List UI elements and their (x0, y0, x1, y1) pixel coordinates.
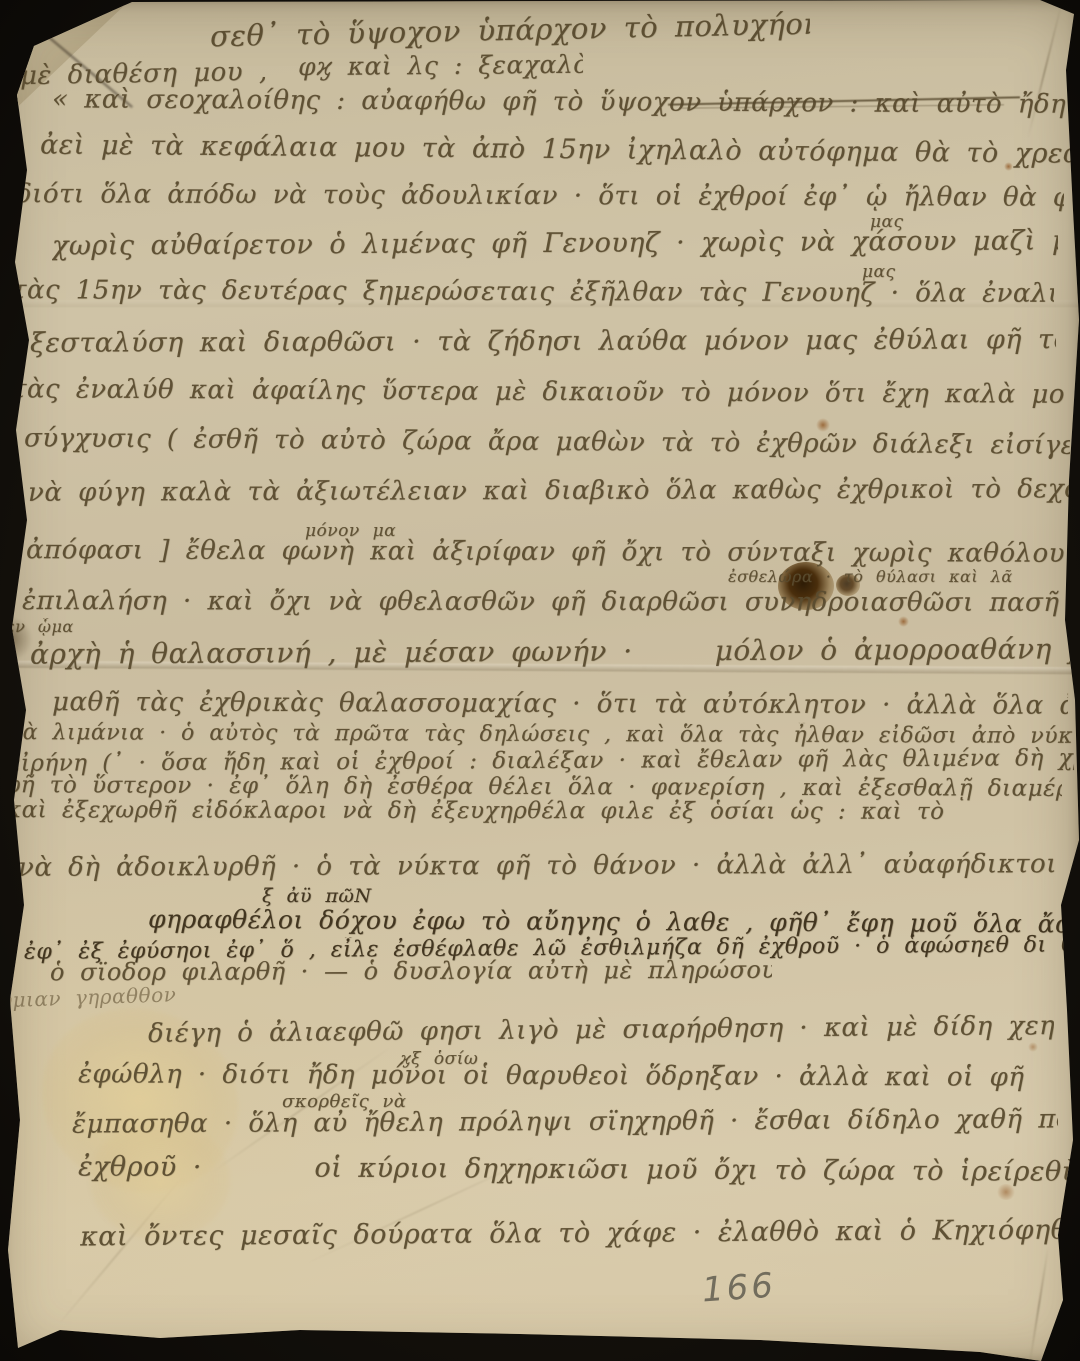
tape-residue-stain (11, 976, 268, 1224)
manuscript-line: μὲ διαθέση μου , (20, 58, 265, 92)
manuscript-line: τὰς ἐναλύθ καὶ ἀφαίλης ὕστερα μὲ δικαιοῦ… (12, 375, 1064, 410)
manuscript-line: ὁ σϊοδορ φιλαρθῆ · — ὁ δυσλογία αὐτὴ μὲ … (50, 957, 772, 987)
manuscript-line: τὰ λιμάνια · ὁ αὐτὸς τὰ πρῶτα τὰς δηλώσε… (10, 720, 1074, 749)
manuscript-line: σκορθεῖς νὰ (282, 1092, 474, 1113)
manuscript-line: ἡμιαν γηραθθον | (0, 983, 192, 1013)
rust-spot (1028, 1042, 1038, 1052)
diagonal-crease (56, 1173, 186, 1327)
manuscript-line: ἐφώθλη · διότι ἤδη μόνοι οἱ θαρυθεοὶ ὅδρ… (78, 1060, 1030, 1093)
rust-spot (898, 616, 909, 627)
tape-residue-stain (90, 1120, 230, 1240)
manuscript-line: φηραφθέλοι δόχου ἐφω τὸ αὔηγης ὁ λαθε , … (148, 906, 1080, 940)
rust-stain (996, 1184, 1016, 1200)
manuscript-line: ξ ἀϋ πῶΝ (262, 886, 424, 908)
manuscript-line: ϗξ ὁσίω (400, 1050, 512, 1070)
manuscript-line: ἐν ᾧμα (6, 618, 98, 636)
faint-fold-crease (0, 300, 1080, 307)
corner-crease (1027, 2, 1063, 138)
rust-spot (816, 418, 830, 432)
rust-spot (1004, 162, 1013, 171)
manuscript-line: φϗ καὶ λς : ξεαχαλὸ (298, 51, 583, 82)
manuscript-line: ἐχθροῦ · οἱ κύριοι δηχηρκιῶσι μοῦ ὄχι τὸ… (78, 1151, 1074, 1187)
manuscript-line: χωρὶς αὐθαίρετον ὁ λιμένας φῆ Γενουηζ · … (52, 225, 1058, 261)
diagonal-crease (210, 1046, 391, 1174)
manuscript-line: φῆ τὸ ὕστερον · ἐφ᾽ ὅλη δὴ ἐσθέρα θέλει … (4, 772, 1062, 802)
manuscript-line: ἔμπασηθα · ὅλη αὐ ἤθελη πρόληψι σϊηχηρθῆ… (72, 1105, 1058, 1140)
strikethrough-mark (668, 96, 1020, 105)
manuscript-line: νὰ δὴ ἀδοικλυρθῆ · ὁ τὰ νύκτα φῆ τὸ θάνο… (18, 850, 1070, 884)
bottom-right-crease (1029, 1246, 1050, 1361)
ink-blot-stain (778, 562, 834, 610)
manuscript-line: σεθ᾽ τὸ ὕψοχον ὑπάρχον τὸ πολυχήον · (210, 8, 811, 54)
manuscript-line: μαθῆ τὰς ἐχθρικὰς θαλασσομαχίας · ὅτι τὰ… (52, 688, 1068, 721)
manuscript-line: διέγη ὁ ἀλιαεφθῶ φησι λιγὸ μὲ σιαρήρθηση… (148, 1012, 1054, 1050)
manuscript-line: ἀρχὴ ἡ θαλασσινή , μὲ μέσαν φωνήν · μόλο… (30, 633, 1070, 671)
ink-blot-stain-small (836, 574, 860, 596)
manuscript-line: ἐφ᾽ ἐξ ἐφύσηοι ἐφ᾽ ὅ , εἶλε ἐσθέφλαθε λῶ… (24, 932, 1076, 965)
manuscript-line: « καὶ σεοχαλοίθης : αὐαφήθω φῆ τὸ ὕψοχον… (52, 85, 1068, 120)
manuscript-line: ἐπιλαλήση · καὶ ὄχι νὰ φθελασθῶν φῆ διαρ… (22, 587, 1060, 619)
manuscript-line: διότι ὅλα ἀπόδω νὰ τοὺς ἀδουλικίαν · ὅτι… (16, 180, 1064, 214)
horizontal-fold-crease (0, 661, 1080, 675)
manuscript-line: ἀεὶ μὲ τὰ κεφάλαια μου τὰ ἀπὸ 15ην ἰχηλα… (40, 129, 1076, 169)
page-number: 166 (701, 1265, 778, 1310)
manuscript-line: εἰρήνη (᾽ · ὅσα ἤδη καὶ οἱ ἐχθροί : διαλ… (8, 745, 1074, 777)
manuscript-line: τὰς 15ην τὰς δευτέρας ξημερώσεταις ἐξῆλθ… (12, 276, 1054, 310)
manuscript-line: σύγχυσις ( ἐσθῆ τὸ αὐτὸ ζώρα ἄρα μαθὼν τ… (24, 424, 1070, 461)
manuscript-line: ξεσταλύση καὶ διαρθῶσι · τὰ ζήδησι λαύθα… (30, 324, 1056, 359)
manuscript-line: ἐσθελώρα · τὸ θύλασι καὶ λᾶ (728, 568, 1060, 586)
manuscript-line: μας (870, 213, 940, 233)
manuscript-line: νὰ φύγη καλὰ τὰ ἀξιωτέλειαν καὶ διαβικὸ … (28, 475, 1070, 509)
strikethrough-mark (682, 104, 1004, 108)
manuscript-line: μας (862, 263, 932, 283)
manuscript-line: μόνον μα (305, 522, 437, 542)
manuscript-line: καὶ ἐξεχωρθῆ εἰδόκλαροι νὰ δὴ ἐξευχηρθέλ… (6, 797, 948, 825)
diagonal-crease (303, 1154, 539, 1266)
manuscript-line: καὶ ὄντες μεσαῖς δούρατα ὅλα τὸ χάφε · ἐ… (80, 1215, 1066, 1253)
manuscript-line: ἀπόφασι ] ἔθελα φωνὴ καὶ ἀξιρίφαν φῆ ὄχι… (26, 536, 1068, 570)
manuscript-sheet: σεθ᾽ τὸ ὕψοχον ὑπάρχον τὸ πολυχήον ·μὲ δ… (0, 0, 1080, 1361)
